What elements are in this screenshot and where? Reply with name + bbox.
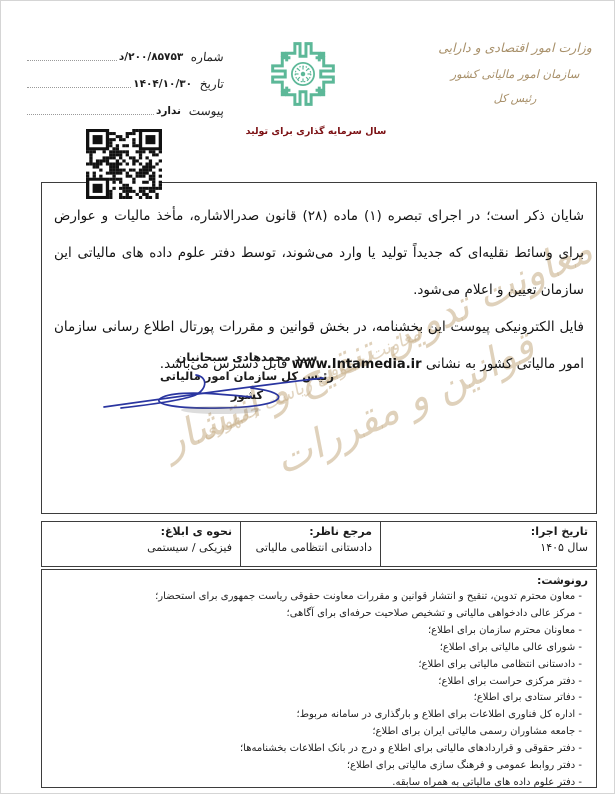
letter-meta-fields: شماره ۲۰۰/۸۵۷۵۳/د تاریخ ۱۴۰۴/۱۰/۳۰ پیوست… (27, 37, 223, 118)
handwritten-signature (101, 363, 326, 418)
number-value: ۲۰۰/۸۵۷۵۳/د (117, 51, 185, 64)
notification-method-cell: نحوه ی ابلاغ: فیزیکی / سیستمی (42, 522, 240, 566)
body-paragraph-1: شایان ذکر است؛ در اجرای تبصره (۱) ماده (… (54, 198, 584, 309)
supervisory-authority-value: دادستانی انتظامی مالیاتی (245, 538, 372, 554)
letterhead-director-general: رئیس کل (434, 87, 596, 111)
dotted-leader (27, 60, 117, 61)
tax-organization-emblem-icon (265, 37, 341, 111)
copies-box: رونوشت: معاون محترم تدوین، تنقیح و انتشا… (41, 569, 597, 788)
dotted-leader (27, 87, 131, 88)
qr-code (86, 129, 162, 199)
copy-item: اداره کل فناوری اطلاعات برای اطلاع و بار… (50, 707, 582, 724)
copy-item: دفتر مرکزی حراست برای اطلاع؛ (50, 674, 582, 691)
number-row: شماره ۲۰۰/۸۵۷۵۳/د (27, 37, 223, 64)
copy-item: مرکز عالی دادخواهی مالیاتی و تشخیص صلاحی… (50, 606, 582, 623)
execution-date-cell: تاریخ اجرا: سال ۱۴۰۵ (380, 522, 596, 566)
copies-list: معاون محترم تدوین، تنقیح و انتشار قوانین… (50, 589, 588, 792)
date-value: ۱۴۰۴/۱۰/۳۰ (131, 78, 194, 91)
letterhead-ministry: وزارت امور اقتصادی و دارایی (434, 35, 596, 61)
number-label: شماره (184, 50, 224, 64)
copy-item: جامعه مشاوران رسمی مالیاتی ایران برای اط… (50, 724, 582, 741)
copy-item: معاونان محترم سازمان برای اطلاع؛ (50, 623, 582, 640)
copy-item: معاون محترم تدوین، تنقیح و انتشار قوانین… (50, 589, 582, 606)
copy-item: شورای عالی مالیاتی برای اطلاع؛ (50, 640, 582, 657)
copies-title: رونوشت: (50, 573, 588, 589)
copy-item: دفتر حقوقی و قراردادهای مالیاتی برای اطل… (50, 741, 582, 758)
attachment-label: پیوست (182, 104, 224, 118)
notification-method-label: نحوه ی ابلاغ: (46, 525, 232, 538)
dotted-leader (27, 114, 154, 115)
execution-date-label: تاریخ اجرا: (385, 525, 588, 538)
meta-table: تاریخ اجرا: سال ۱۴۰۵ مرجع ناظر: دادستانی… (41, 521, 597, 567)
attachment-value: ندارد (154, 105, 183, 118)
copy-item: دفاتر ستادی برای اطلاع؛ (50, 690, 582, 707)
execution-date-value: سال ۱۴۰۵ (385, 538, 588, 554)
attachment-row: پیوست ندارد (27, 91, 223, 118)
letterhead-organization: سازمان امور مالیاتی کشور (434, 61, 596, 87)
date-row: تاریخ ۱۴۰۴/۱۰/۳۰ (27, 64, 223, 91)
copy-item: دفتر روابط عمومی و فرهنگ سازی مالیاتی بر… (50, 758, 582, 775)
supervisory-authority-cell: مرجع ناظر: دادستانی انتظامی مالیاتی (240, 522, 380, 566)
copy-item: دادستانی انتظامی مالیاتی برای اطلاع؛ (50, 657, 582, 674)
notification-method-value: فیزیکی / سیستمی (46, 538, 232, 554)
date-label: تاریخ (193, 77, 224, 91)
scanned-letter-page: معاونت تدوین تنقیح و انتشار قوانین و مقر… (0, 0, 615, 794)
copy-item: دفتر علوم داده های مالیاتی به همراه سابق… (50, 775, 582, 792)
year-slogan: سال سرمایه گذاری برای تولید (161, 126, 471, 137)
letterhead: وزارت امور اقتصادی و دارایی سازمان امور … (434, 35, 596, 111)
supervisory-authority-label: مرجع ناظر: (245, 525, 372, 538)
